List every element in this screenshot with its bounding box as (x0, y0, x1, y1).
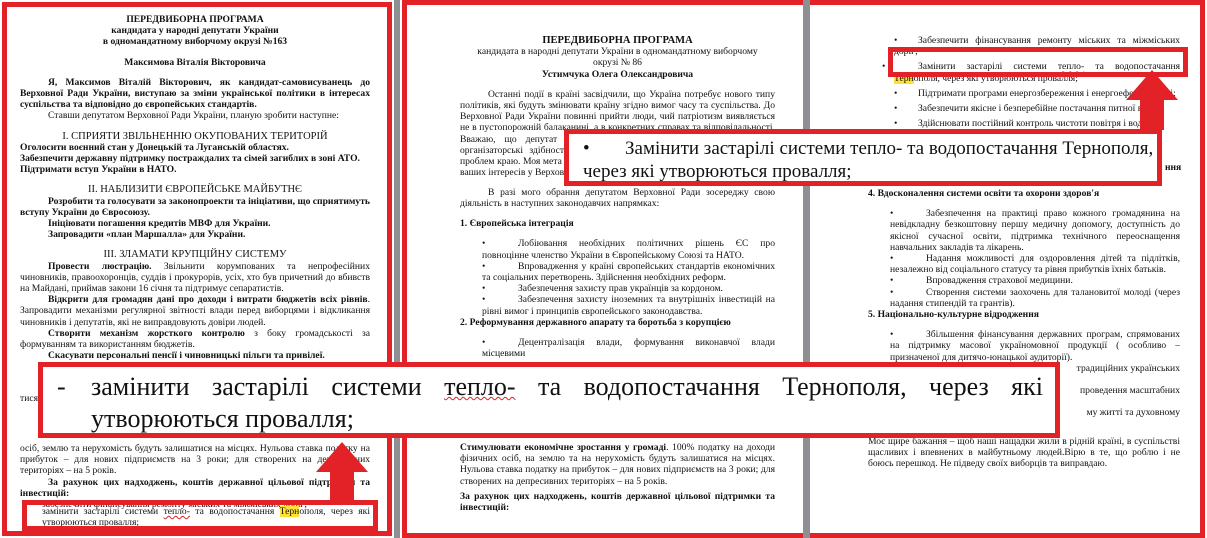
callout-word: та (538, 371, 561, 403)
doc3-section-4-item: •Створення системи заохочень для таланов… (868, 287, 1180, 309)
callout-big-line-1: - замінитизастарілісистемитепло-таводопо… (57, 371, 1043, 403)
bullet-icon: • (583, 137, 625, 160)
callout-big-line-2: утворюються провалля; (57, 403, 1043, 435)
doc1-section-1-item: Підтримати вступ України в НАТО. (20, 164, 370, 175)
dash-icon: - (57, 371, 91, 403)
doc1-intro: Я, Максимов Віталій Вікторович, як канди… (20, 77, 370, 111)
doc1-section-3-paragraph: Створити механізм жорсткого контролю з б… (20, 328, 370, 350)
doc1-title: ПЕРЕДВИБОРНА ПРОГРАМА (20, 14, 370, 25)
doc3-partial-text: традиційних українських (1075, 363, 1180, 374)
bullet-text: Забезпечення захисту прав українців за к… (518, 283, 723, 294)
doc1-subtitle-1: кандидата у народні депутати України (20, 25, 370, 36)
doc2-paragraph-2: В разі мого обрання депутатом Верховної … (460, 187, 775, 209)
doc1-section-2-title: II. НАБЛИЗИТИ ЄВРОПЕЙСЬКЕ МАЙБУТНЄ (20, 184, 370, 195)
doc2-section-1-item: •Впровадження у країні європейських стан… (460, 261, 775, 283)
doc2-subtitle-2: окрузі № 86 (460, 57, 775, 68)
callout-word: які (1011, 371, 1043, 403)
doc2-section-1-item: •Забезпечення захисту прав українців за … (460, 283, 775, 294)
bullet-text: Лобіювання необхідних політичних рішень … (482, 238, 775, 260)
doc3-section-4-item: •Надання можливості для оздоровлення діт… (868, 253, 1180, 275)
doc3-partial-text: му житті та духовному (1075, 407, 1180, 418)
arrow-up-icon (314, 440, 370, 502)
doc2-subtitle-1: кандидата в народні депутати України в о… (460, 46, 775, 57)
callout-big-text: замінитизастарілісистемитепло-таводопост… (91, 371, 1043, 403)
callout-word: тепло- (444, 371, 515, 403)
doc1-section-2-item: Розробити та голосувати за законопроекти… (20, 196, 370, 218)
doc1-section-2-item: Запровадити «план Маршалла» для України. (20, 229, 370, 240)
doc3-partial-text: проведення масштабних (1075, 385, 1180, 396)
doc3-section-4-title: 4. Вдосконалення системи освіти та охоро… (868, 188, 1180, 199)
doc1-candidate: Максимова Віталія Вікторовича (20, 57, 370, 68)
doc3-section-4-item: •Забезпечення на практиці право кожного … (868, 208, 1180, 253)
document-2-lower: Стимулювати економічне зростання у грома… (460, 442, 775, 513)
document-3-closing: Моє щире бажання – щоб наші нащадки жили… (868, 436, 1180, 470)
bullet-text: Забезпечення на практиці право кожного г… (890, 208, 1180, 253)
callout-word: системи (331, 371, 421, 403)
doc3-section-5-title: 5. Національно-культурне відродження (868, 309, 1180, 320)
zoomed-callout-top: •Замінити застарілі системи тепло- та во… (564, 129, 1162, 186)
doc3-partial-text: ння (1165, 162, 1195, 173)
doc1-intro-2: Ставши депутатом Верховної Ради України,… (20, 110, 370, 121)
doc1-control-bold: Створити механізм жорсткого контролю (48, 328, 245, 339)
doc1-section-1-item: Забезпечити державну підтримку постражда… (20, 153, 370, 164)
doc3-partial-lines: традиційних українських проведення масшт… (1075, 363, 1180, 419)
bullet-text: Створення системи заохочень для таланови… (890, 287, 1180, 309)
highlight-box-doc1 (22, 500, 378, 531)
doc1-subtitle-2: в одномандатному виборчому окрузі №163 (20, 36, 370, 47)
doc2-economy-paragraph: Стимулювати економічне зростання у грома… (460, 442, 775, 487)
bullet-text: Здійснювати постійний контроль чистоти п… (918, 118, 1150, 129)
doc3-section-4-item: •Впровадження страхової медицини. (868, 275, 1180, 286)
callout-word: замінити (91, 371, 190, 403)
document-1: ПЕРЕДВИБОРНА ПРОГРАМА кандидата у народн… (20, 14, 370, 404)
doc3-section-5-item: •Збільшення фінансування державних прогр… (868, 329, 1180, 363)
callout-word: через (929, 371, 989, 403)
doc1-section-2-item: Ініціювати погашення кредитів МВФ для Ук… (20, 218, 370, 229)
callout-top-text: Замінити застарілі системи тепло- та вод… (625, 138, 1153, 159)
doc3-hidden-tail: ння (1165, 162, 1195, 173)
doc3-closing-text: Моє щире бажання – щоб наші нащадки жили… (868, 436, 1180, 470)
doc1-section-1-item: Оголосити воєнний стан у Донецькій та Лу… (20, 142, 370, 153)
callout-word: застарілі (212, 371, 309, 403)
arrow-up-icon (1124, 68, 1180, 130)
doc2-section-2-title: 2. Реформування державного апарату та бо… (460, 317, 775, 328)
bullet-text: Впровадження у країні європейських станд… (482, 261, 775, 283)
doc1-section-3-paragraph: Скасувати персональні пенсії і чиновниць… (20, 350, 370, 361)
document-2: ПЕРЕДВИБОРНА ПРОГРАМА кандидата в народн… (460, 35, 775, 359)
page-separator (394, 0, 400, 538)
text-fragment: щасливих і впевнених в майбутньому людей… (868, 447, 1180, 469)
bullet-text: Надання можливості для оздоровлення діте… (890, 253, 1180, 275)
doc2-candidate: Устимчука Олега Олександровича (460, 69, 775, 80)
doc1-section-1-title: I. СПРИЯТИ ЗВІЛЬНЕННЮ ОКУПОВАНИХ ТЕРИТОР… (20, 131, 370, 142)
callout-top-line-1: •Замінити застарілі системи тепло- та во… (583, 137, 1147, 160)
doc2-section-1-title: 1. Європейська інтеграція (460, 218, 775, 229)
doc2-economy-bold: Стимулювати економічне зростання у грома… (460, 442, 666, 453)
doc1-section-3-title: III. ЗЛАМАТИ КРУПЦІЙНУ СИСТЕМУ (20, 249, 370, 260)
doc2-section-1-item: •Лобіювання необхідних політичних рішень… (460, 238, 775, 260)
bullet-text: Забезпечення захисту іноземних та внутрі… (482, 294, 775, 316)
zoomed-callout-bottom: - замінитизастарілісистемитепло-таводопо… (38, 362, 1060, 438)
doc1-budget-bold: Відкрити для громадян дані про доходи і … (48, 294, 368, 305)
doc2-title: ПЕРЕДВИБОРНА ПРОГРАМА (460, 35, 775, 46)
callout-top-line-2: через які утворюються провалля; (583, 160, 1147, 183)
bullet-text: Впровадження страхової медицини. (926, 275, 1073, 286)
doc2-section-2-item: •Децентралізація влади, формування викон… (460, 337, 775, 359)
bullet-text: Збільшення фінансування державних програ… (890, 329, 1180, 362)
doc1-section-3-paragraph: Відкрити для громадян дані про доходи і … (20, 294, 370, 328)
callout-word: водопостачання (584, 371, 760, 403)
doc1-lustration-bold: Провести люстрацію. (48, 261, 152, 272)
bullet-text: Децентралізація влади, формування викона… (482, 337, 775, 359)
callout-word: Тернополя, (782, 371, 906, 403)
doc1-section-3-paragraph: Провести люстрацію. Звільнити корумпован… (20, 261, 370, 295)
doc2-funds-heading: За рахунок цих надходжень, коштів держав… (460, 491, 775, 513)
document-3-middle: 4. Вдосконалення системи освіти та охоро… (868, 188, 1180, 363)
doc2-section-1-item: •Забезпечення захисту іноземних та внутр… (460, 294, 775, 316)
